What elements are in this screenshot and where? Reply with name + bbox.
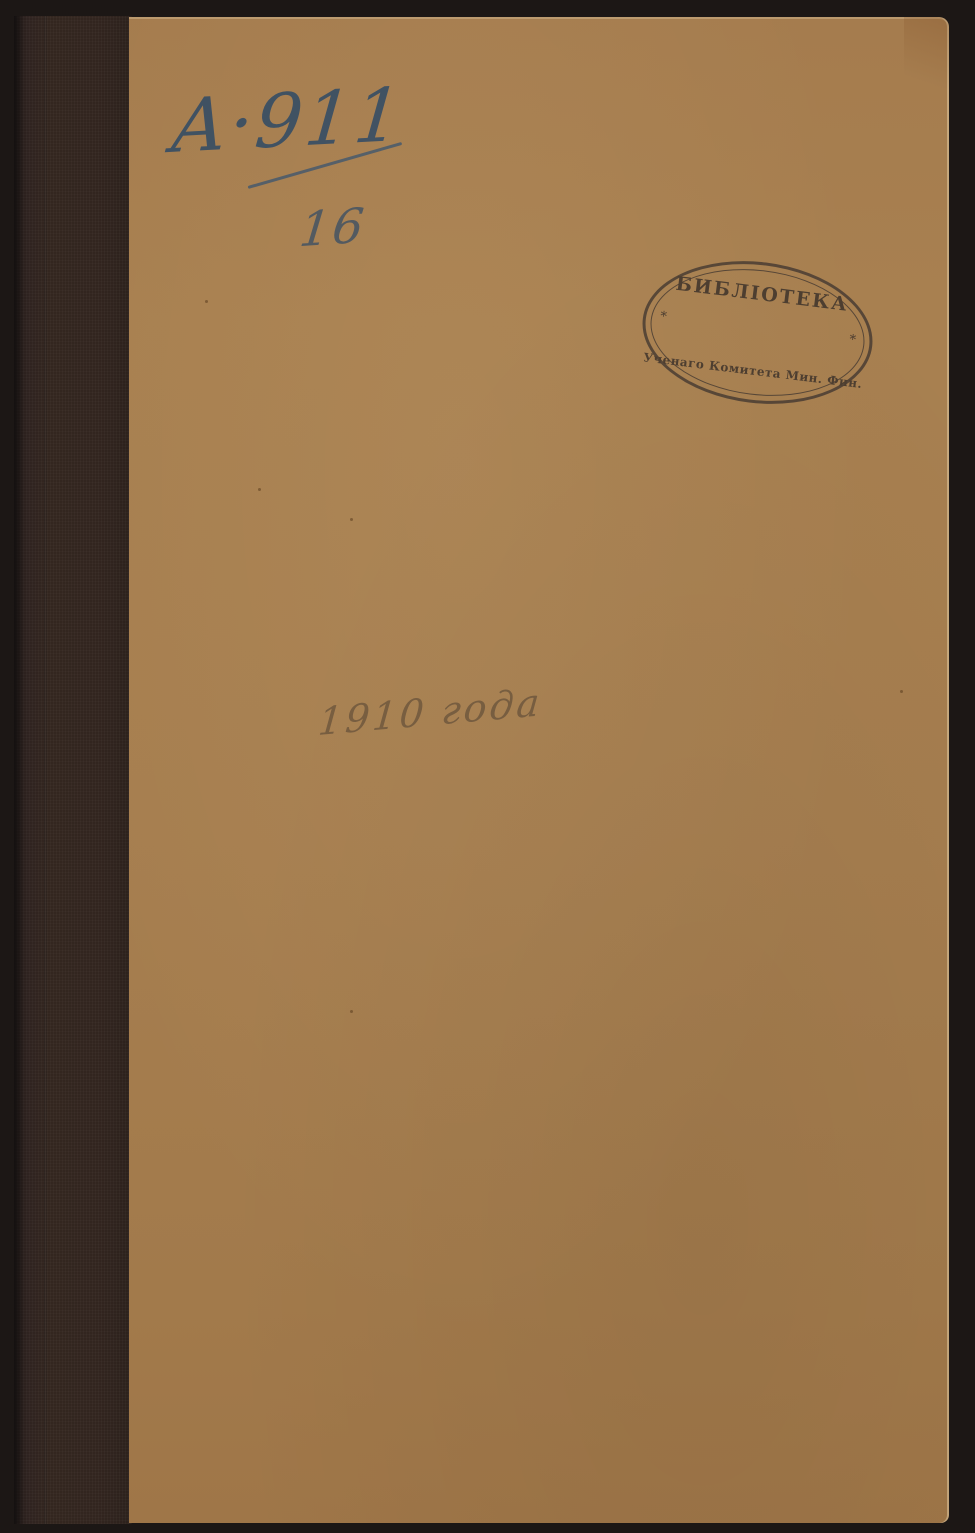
paper-speck <box>900 690 903 693</box>
paper-speck <box>350 1010 353 1013</box>
paper-speck <box>258 488 261 491</box>
spine-crease <box>44 16 47 1524</box>
book-spine <box>14 16 132 1524</box>
book-cover <box>129 17 949 1523</box>
spine-edge-shadow <box>14 16 24 1524</box>
shelf-mark-handwriting: А·911 <box>168 72 408 170</box>
paper-speck <box>350 518 353 521</box>
star-icon: * <box>659 309 667 325</box>
paper-speck <box>205 300 208 303</box>
shelf-sub-handwriting: 16 <box>297 198 369 258</box>
cover-corner-wear <box>904 17 949 107</box>
